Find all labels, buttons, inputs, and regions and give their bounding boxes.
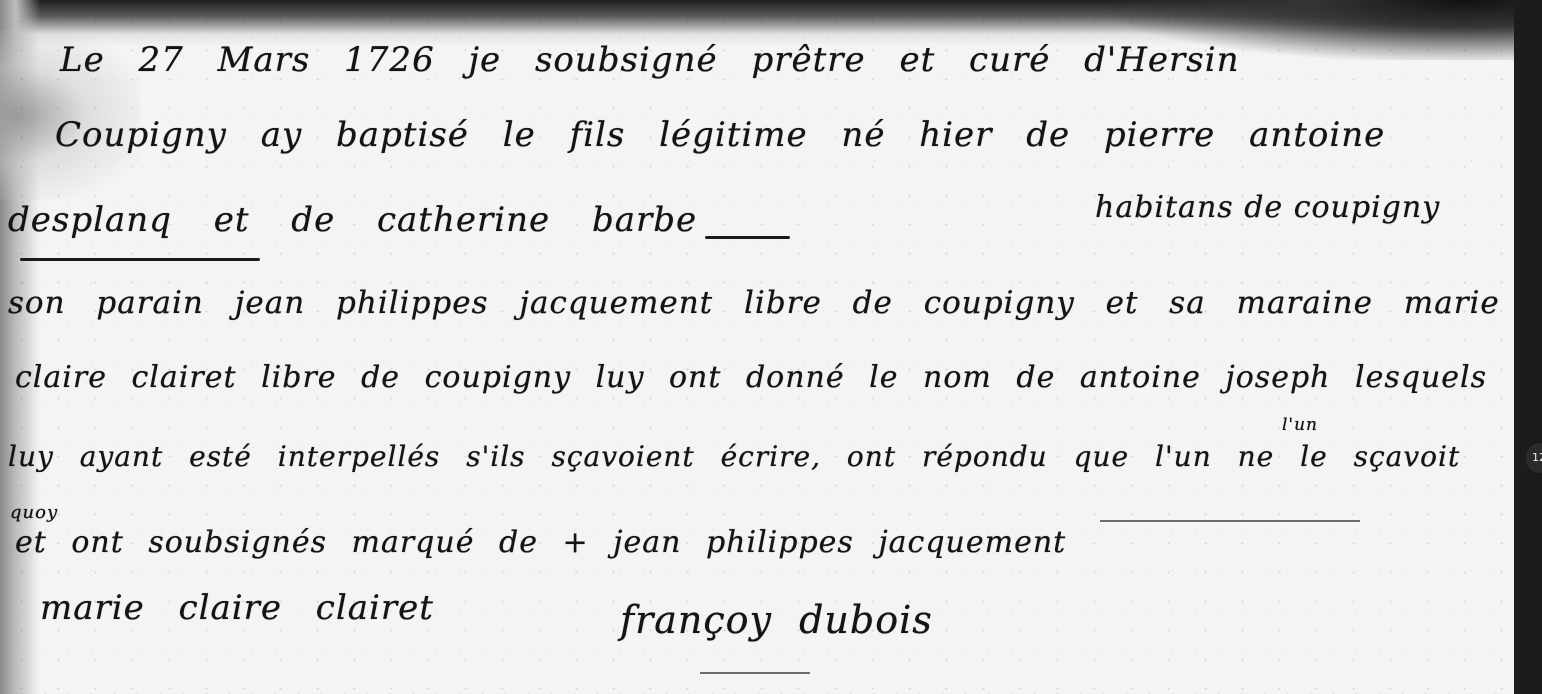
- priest-signature: françoy dubois: [620, 598, 933, 642]
- register-line-1: Le 27 Mars 1726 je soubsigné prêtre et c…: [60, 40, 1240, 80]
- document-scan: Le 27 Mars 1726 je soubsigné prêtre et c…: [0, 0, 1528, 694]
- name-underline: [20, 258, 260, 261]
- register-line-4-godfather: son parain jean philippes jacquement lib…: [8, 285, 1500, 321]
- signature-rule: [700, 672, 810, 674]
- register-line-6: luy ayant esté interpellés s'ils sçavoie…: [8, 440, 1460, 473]
- register-line-3-residence: habitans de coupigny: [1095, 190, 1440, 225]
- register-line-3-parents: desplanq et de catherine barbe: [8, 200, 697, 240]
- register-line-5-godmother: claire clairet libre de coupigny luy ont…: [15, 360, 1487, 395]
- interlinear-note: l'un: [1282, 415, 1318, 435]
- register-line-7-signatures: et ont soubsignés marqué de + jean phili…: [15, 525, 1066, 560]
- register-margin-word: quoy: [10, 502, 58, 523]
- register-line-2: Coupigny ay baptisé le fils légitime né …: [55, 115, 1385, 155]
- scan-border-right: [1514, 0, 1528, 694]
- name-underline: [705, 236, 790, 239]
- register-line-8-signature: marie claire clairet: [40, 588, 434, 628]
- page-number-badge[interactable]: 12: [1526, 443, 1542, 473]
- filler-line: [1100, 520, 1360, 522]
